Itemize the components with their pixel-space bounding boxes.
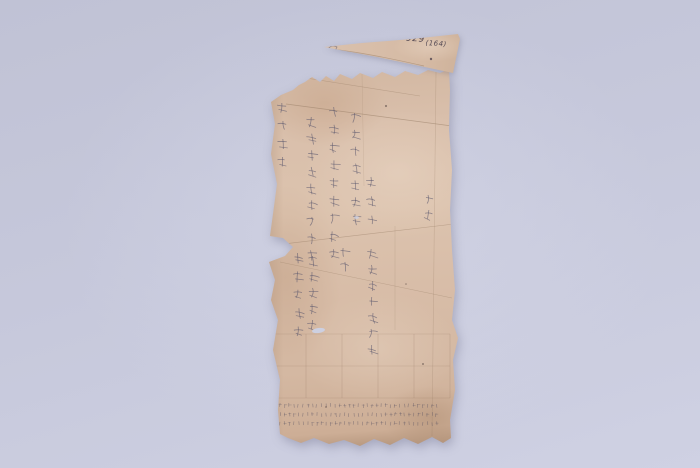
- photo-backdrop: 929(164): [0, 0, 700, 468]
- torn-corner-fragment: 929(164): [322, 33, 478, 79]
- fragment-shadow-layer: 929(164): [0, 0, 700, 468]
- fragment-art: [322, 33, 478, 79]
- catalog-number-suffix: (164): [425, 39, 447, 48]
- catalog-number-main: 929: [406, 34, 425, 45]
